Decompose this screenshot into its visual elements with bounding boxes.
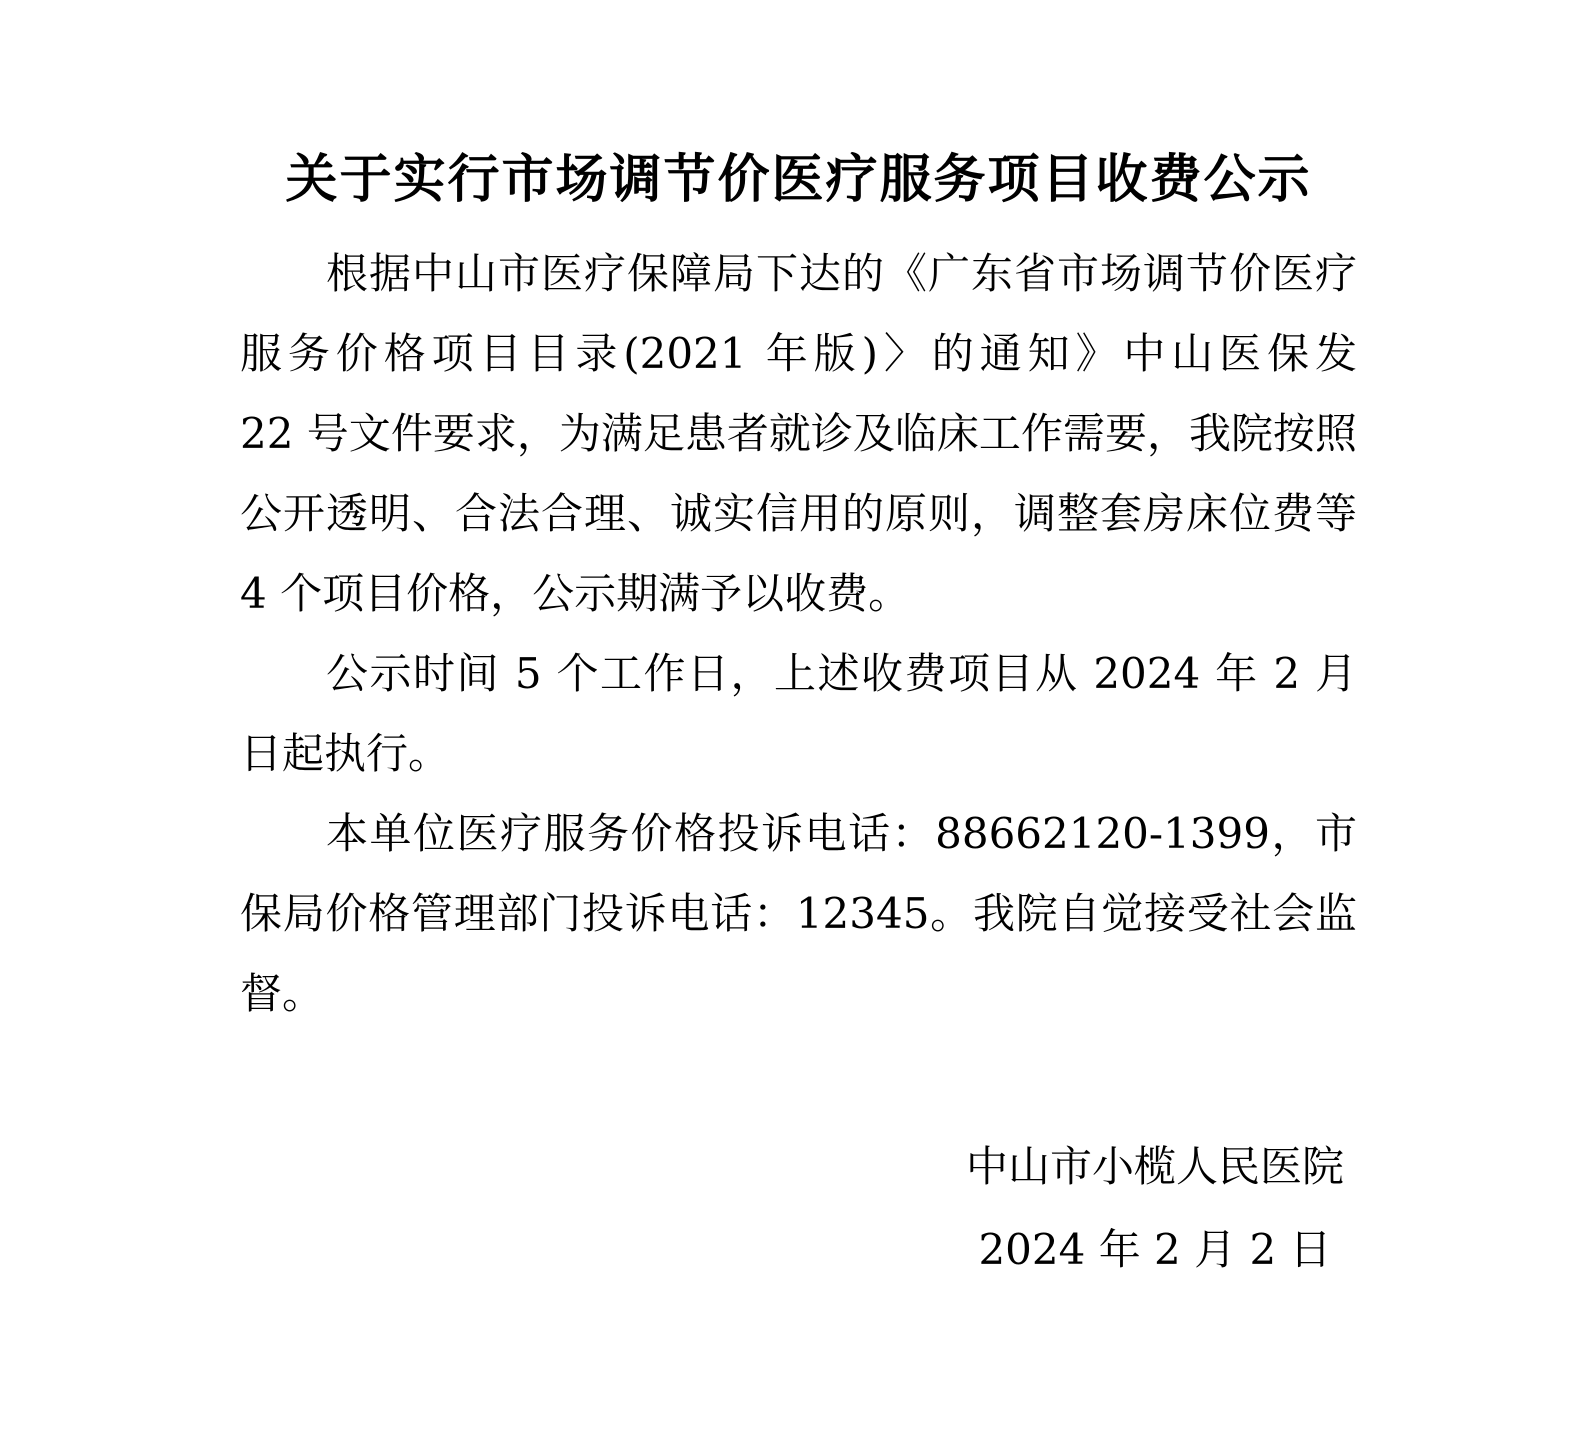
body-line-9: 保局价格管理部门投诉电话：12345。我院自觉接受社会监 xyxy=(240,874,1357,954)
signature-organization: 中山市小榄人民医院 xyxy=(945,1125,1365,1208)
body-line-1: 根据中山市医疗保障局下达的《广东省市场调节价医疗 xyxy=(240,234,1357,314)
signature-date: 2024 年 2 月 2 日 xyxy=(945,1208,1365,1291)
document-title: 关于实行市场调节价医疗服务项目收费公示 xyxy=(240,142,1357,218)
body-line-4: 公开透明、合法合理、诚实信用的原则，调整套房床位费等 xyxy=(240,474,1357,554)
body-line-10: 督。 xyxy=(240,954,1357,1034)
body-line-8: 本单位医疗服务价格投诉电话：88662120-1399，市医 xyxy=(240,794,1357,874)
document-body: 根据中山市医疗保障局下达的《广东省市场调节价医疗 服务价格项目目录(2021 年… xyxy=(240,234,1357,1034)
notice-document-page: 关于实行市场调节价医疗服务项目收费公示 根据中山市医疗保障局下达的《广东省市场调… xyxy=(0,0,1587,1429)
body-line-2: 服务价格项目目录(2021 年版)〉的通知》中山医保发〔2021〕 xyxy=(240,314,1357,394)
body-line-3: 22 号文件要求，为满足患者就诊及临床工作需要，我院按照 xyxy=(240,394,1357,474)
body-line-5: 4 个项目价格，公示期满予以收费。 xyxy=(240,554,1357,634)
body-line-7: 日起执行。 xyxy=(240,714,1357,794)
body-line-6: 公示时间 5 个工作日，上述收费项目从 2024 年 2 月 9 xyxy=(240,634,1357,714)
signature-block: 中山市小榄人民医院 2024 年 2 月 2 日 xyxy=(945,1125,1365,1291)
